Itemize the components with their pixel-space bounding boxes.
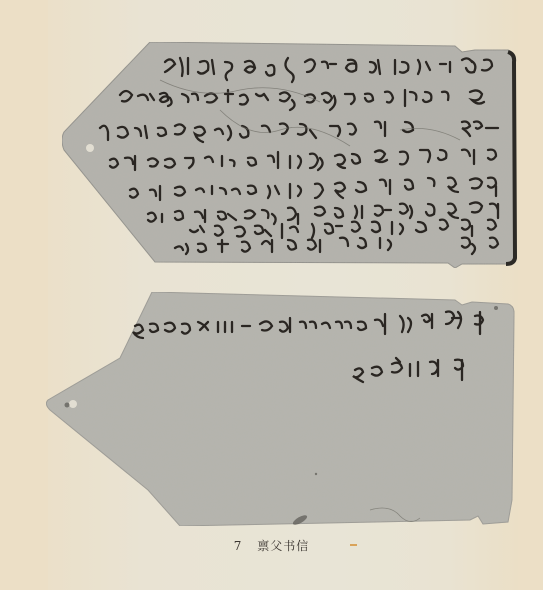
- figure-title: 禀父书信: [257, 539, 309, 553]
- paper-speck: [350, 544, 357, 546]
- tablet-hole-icon: [69, 400, 77, 408]
- tablet-hole-icon: [86, 144, 94, 152]
- plate-figure: [0, 0, 543, 590]
- tablets-illustration: [0, 0, 543, 590]
- tablet-reverse: [46, 292, 514, 527]
- figure-caption: 7 禀父书信: [0, 537, 543, 554]
- tablet-obverse: [62, 42, 515, 268]
- figure-number: 7: [234, 539, 243, 553]
